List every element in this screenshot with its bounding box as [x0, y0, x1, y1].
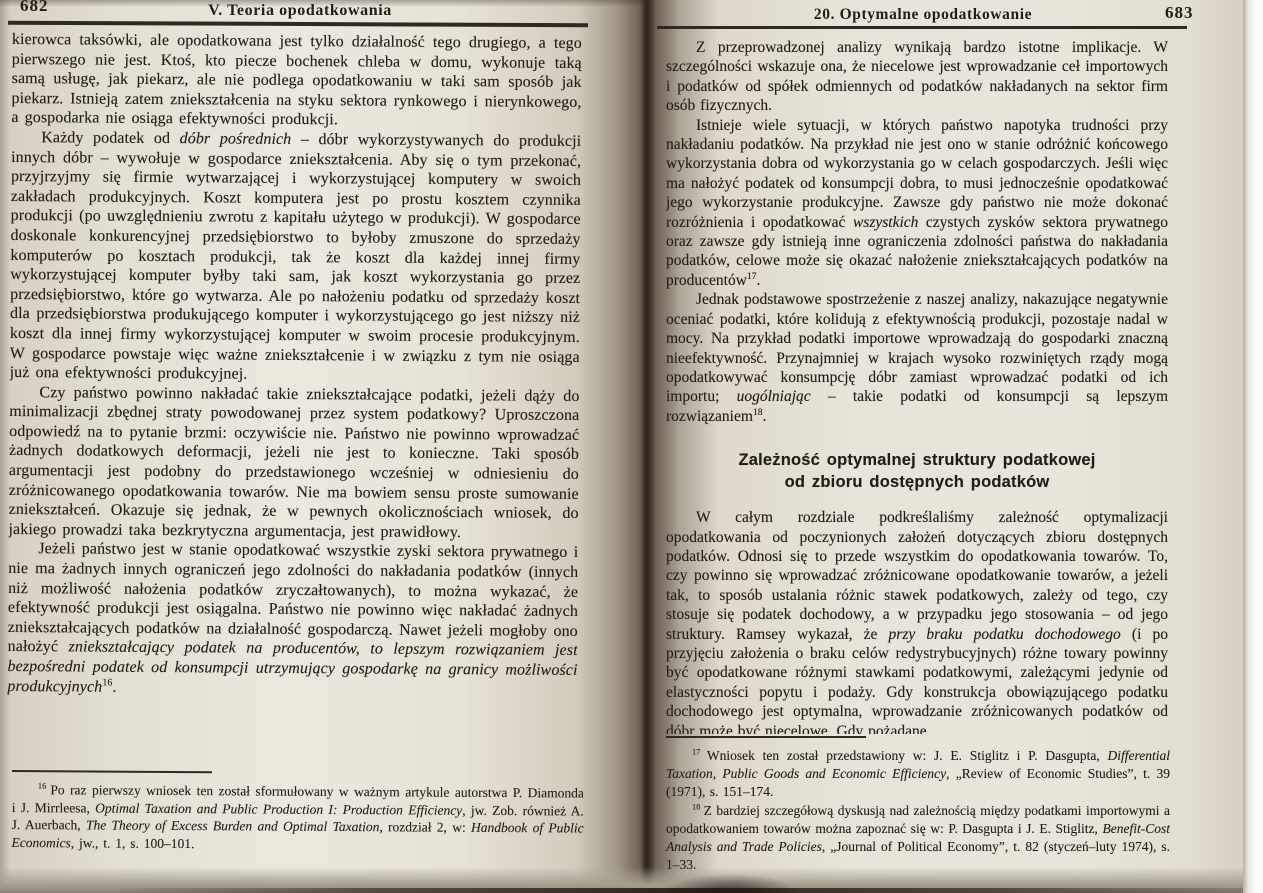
body-text-right: Z przeprowadzonej analizy wynikają bardz… [666, 38, 1168, 734]
page-number-right: 683 [1165, 3, 1194, 23]
paragraph: Istnieje wiele sytuacji, w których państ… [666, 116, 1168, 291]
paragraph: Czy państwo powinno nakładać takie zniek… [8, 383, 579, 544]
paragraph: Z przeprowadzonej analizy wynikają bardz… [666, 38, 1168, 116]
footnote: 16 Po raz pierwszy wniosek ten został sf… [12, 781, 584, 855]
footnotes-right: 17 Wniosek ten został przedstawiony w: J… [666, 736, 1170, 874]
section-heading-line2: od zbioru dostępnych podatków [666, 471, 1168, 493]
section-heading: Zależność optymalnej struktury podatkowe… [666, 449, 1168, 493]
footnote-rule-left [12, 770, 212, 773]
footnote-rule-right [666, 736, 866, 738]
paragraph: Jeżeli państwo jest w stanie opodatkować… [7, 539, 578, 700]
paragraph: Jednak podstawowe spostrzeżenie z naszej… [666, 290, 1168, 426]
paragraphs-before-heading: Z przeprowadzonej analizy wynikają bardz… [666, 38, 1168, 426]
footnotes-left: 16 Po raz pierwszy wniosek ten został sf… [12, 770, 584, 855]
section-heading-line1: Zależność optymalnej struktury podatkowe… [666, 449, 1168, 471]
paragraph: W całym rozdziale podkreślaliśmy zależno… [666, 508, 1168, 734]
header-rule-right [657, 26, 1187, 29]
book-spread: 682 V. Teoria opodatkowania kierowca tak… [0, 0, 1263, 893]
running-title-right: 20. Optymalne opodatkowanie [663, 6, 1183, 24]
body-text-left: kierowca taksówki, ale opodatkowana jest… [7, 30, 582, 772]
header-rule-left [8, 21, 588, 28]
page-left: 682 V. Teoria opodatkowania kierowca tak… [0, 0, 643, 893]
footnote: 17 Wniosek ten został przedstawiony w: J… [666, 747, 1170, 802]
book-fore-edge [1243, 0, 1263, 893]
running-title-left: V. Teoria opodatkowania [0, 2, 600, 20]
page-right: 20. Optymalne opodatkowanie 683 Z przepr… [643, 0, 1243, 893]
paragraphs-after-heading: W całym rozdziale podkreślaliśmy zależno… [666, 508, 1168, 734]
footnote: 18 Z bardziej szczegółową dyskusją nad z… [666, 802, 1170, 875]
paragraph: kierowca taksówki, ale opodatkowana jest… [11, 30, 582, 132]
paragraph: Każdy podatek od dóbr pośrednich – dóbr … [10, 128, 582, 387]
